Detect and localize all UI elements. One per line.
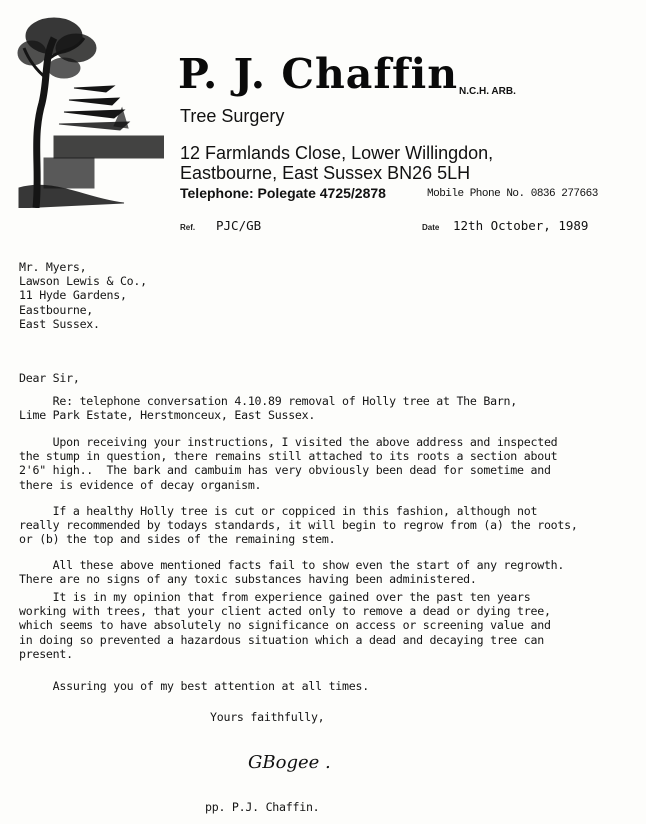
paragraph-assurance: Assuring you of my best attention at all… [19,679,369,693]
signatory: pp. P.J. Chaffin. [205,800,319,814]
mobile-phone: Mobile Phone No. 0836 277663 [427,188,598,200]
date-value: 12th October, 1989 [453,218,588,233]
signature: GBogee . [248,752,331,773]
recipient-address: Mr. Myers, Lawson Lewis & Co., 11 Hyde G… [19,260,147,331]
paragraph-subject: Re: telephone conversation 4.10.89 remov… [19,394,517,422]
qualification: N.C.H. ARB. [459,86,516,97]
ref-value: PJC/GB [216,218,261,233]
firm-name: P. J. Chaffin [178,54,458,95]
salutation: Dear Sir, [19,371,80,385]
closing: Yours faithfully, [210,710,324,724]
telephone: Telephone: Polegate 4725/2878 [180,185,386,201]
address-line-2: Eastbourne, East Sussex BN26 5LH [180,163,470,184]
ref-label: Ref. [180,223,195,232]
paragraph-regrowth: If a healthy Holly tree is cut or coppic… [19,504,578,547]
paragraph-facts: All these above mentioned facts fail to … [19,558,564,586]
address-line-1: 12 Farmlands Close, Lower Willingdon, [180,143,493,164]
tree-landscape-logo-icon [14,8,164,208]
trade-description: Tree Surgery [180,106,284,127]
paragraph-opinion: It is in my opinion that from experience… [19,590,551,661]
date-label: Date [422,223,439,232]
paragraph-inspection: Upon receiving your instructions, I visi… [19,435,557,492]
